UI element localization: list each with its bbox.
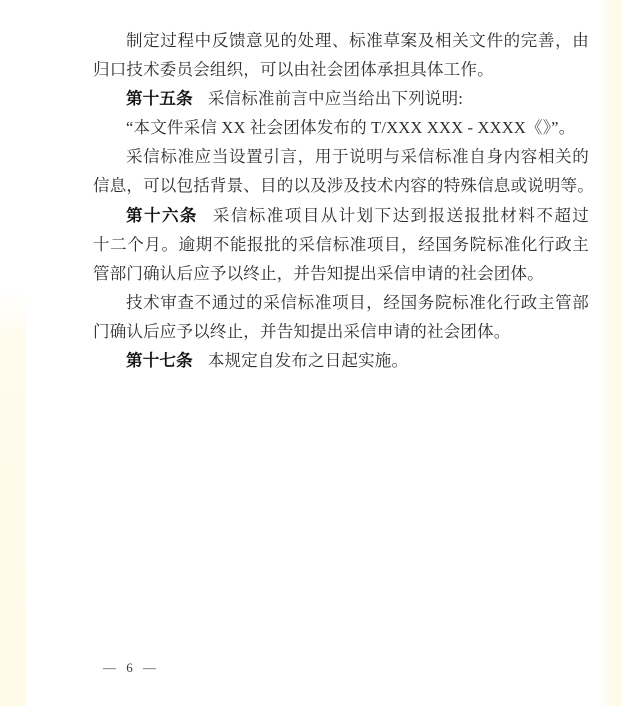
text-segment: 本规定自发布之日起实施。 — [208, 351, 408, 370]
text-segment: 归口技术委员会组织，可以由社会团体承担具体工作。 — [93, 60, 494, 79]
text-line: 十二个月。逾期不能报批的采信标准项目，经国务院标准化行政主 — [93, 230, 589, 259]
scan-edge-tint-right — [599, 0, 621, 706]
article-number: 第十六条 — [126, 207, 198, 225]
text-line: 技术审查不通过的采信标准项目，经国务院标准化行政主管部 — [93, 288, 589, 317]
text-line: “本文件采信 XX 社会团体发布的 T/XXX XXX - XXXX《》”。 — [93, 113, 589, 142]
text-segment: 技术审查不通过的采信标准项目，经国务院标准化行政主管部 — [126, 293, 589, 312]
article-number: 第十五条 — [126, 90, 193, 108]
text-line: 管部门确认后应予以终止，并告知提出采信申请的社会团体。 — [93, 259, 589, 288]
text-segment: 管部门确认后应予以终止，并告知提出采信申请的社会团体。 — [93, 264, 544, 283]
text-line: 门确认后应予以终止，并告知提出采信申请的社会团体。 — [93, 317, 589, 346]
text-segment: 信息，可以包括背景、目的以及涉及技术内容的特殊信息或说明等。 — [93, 176, 594, 195]
text-segment: 采信标准项目从计划下达到报送报批材料不超过 — [213, 206, 589, 225]
text-segment: 采信标准应当设置引言，用于说明与采信标准自身内容相关的 — [126, 147, 589, 166]
text-segment: 十二个月。逾期不能报批的采信标准项目，经国务院标准化行政主 — [93, 235, 589, 254]
article-number: 第十七条 — [126, 352, 193, 370]
text-segment: 制定过程中反馈意见的处理、标准草案及相关文件的完善，由 — [126, 31, 589, 50]
page-number: — 6 — — [103, 660, 157, 676]
text-line: 制定过程中反馈意见的处理、标准草案及相关文件的完善，由 — [93, 26, 589, 55]
text-line: 第十七条本规定自发布之日起实施。 — [93, 346, 589, 375]
text-line: 信息，可以包括背景、目的以及涉及技术内容的特殊信息或说明等。 — [93, 171, 589, 200]
text-line: 第十五条采信标准前言中应当给出下列说明: — [93, 84, 589, 113]
text-line: 第十六条采信标准项目从计划下达到报送报批材料不超过 — [93, 201, 589, 230]
text-segment: 门确认后应予以终止，并告知提出采信申请的社会团体。 — [93, 322, 511, 341]
text-segment: 采信标准前言中应当给出下列说明: — [208, 89, 463, 108]
document-body: 制定过程中反馈意见的处理、标准草案及相关文件的完善，由归口技术委员会组织，可以由… — [93, 26, 589, 375]
document-page: 制定过程中反馈意见的处理、标准草案及相关文件的完善，由归口技术委员会组织，可以由… — [0, 0, 621, 706]
text-line: 归口技术委员会组织，可以由社会团体承担具体工作。 — [93, 55, 589, 84]
text-line: 采信标准应当设置引言，用于说明与采信标准自身内容相关的 — [93, 142, 589, 171]
scan-edge-tint-left — [0, 290, 26, 706]
text-segment: “本文件采信 XX 社会团体发布的 T/XXX XXX - XXXX《》”。 — [126, 118, 575, 137]
